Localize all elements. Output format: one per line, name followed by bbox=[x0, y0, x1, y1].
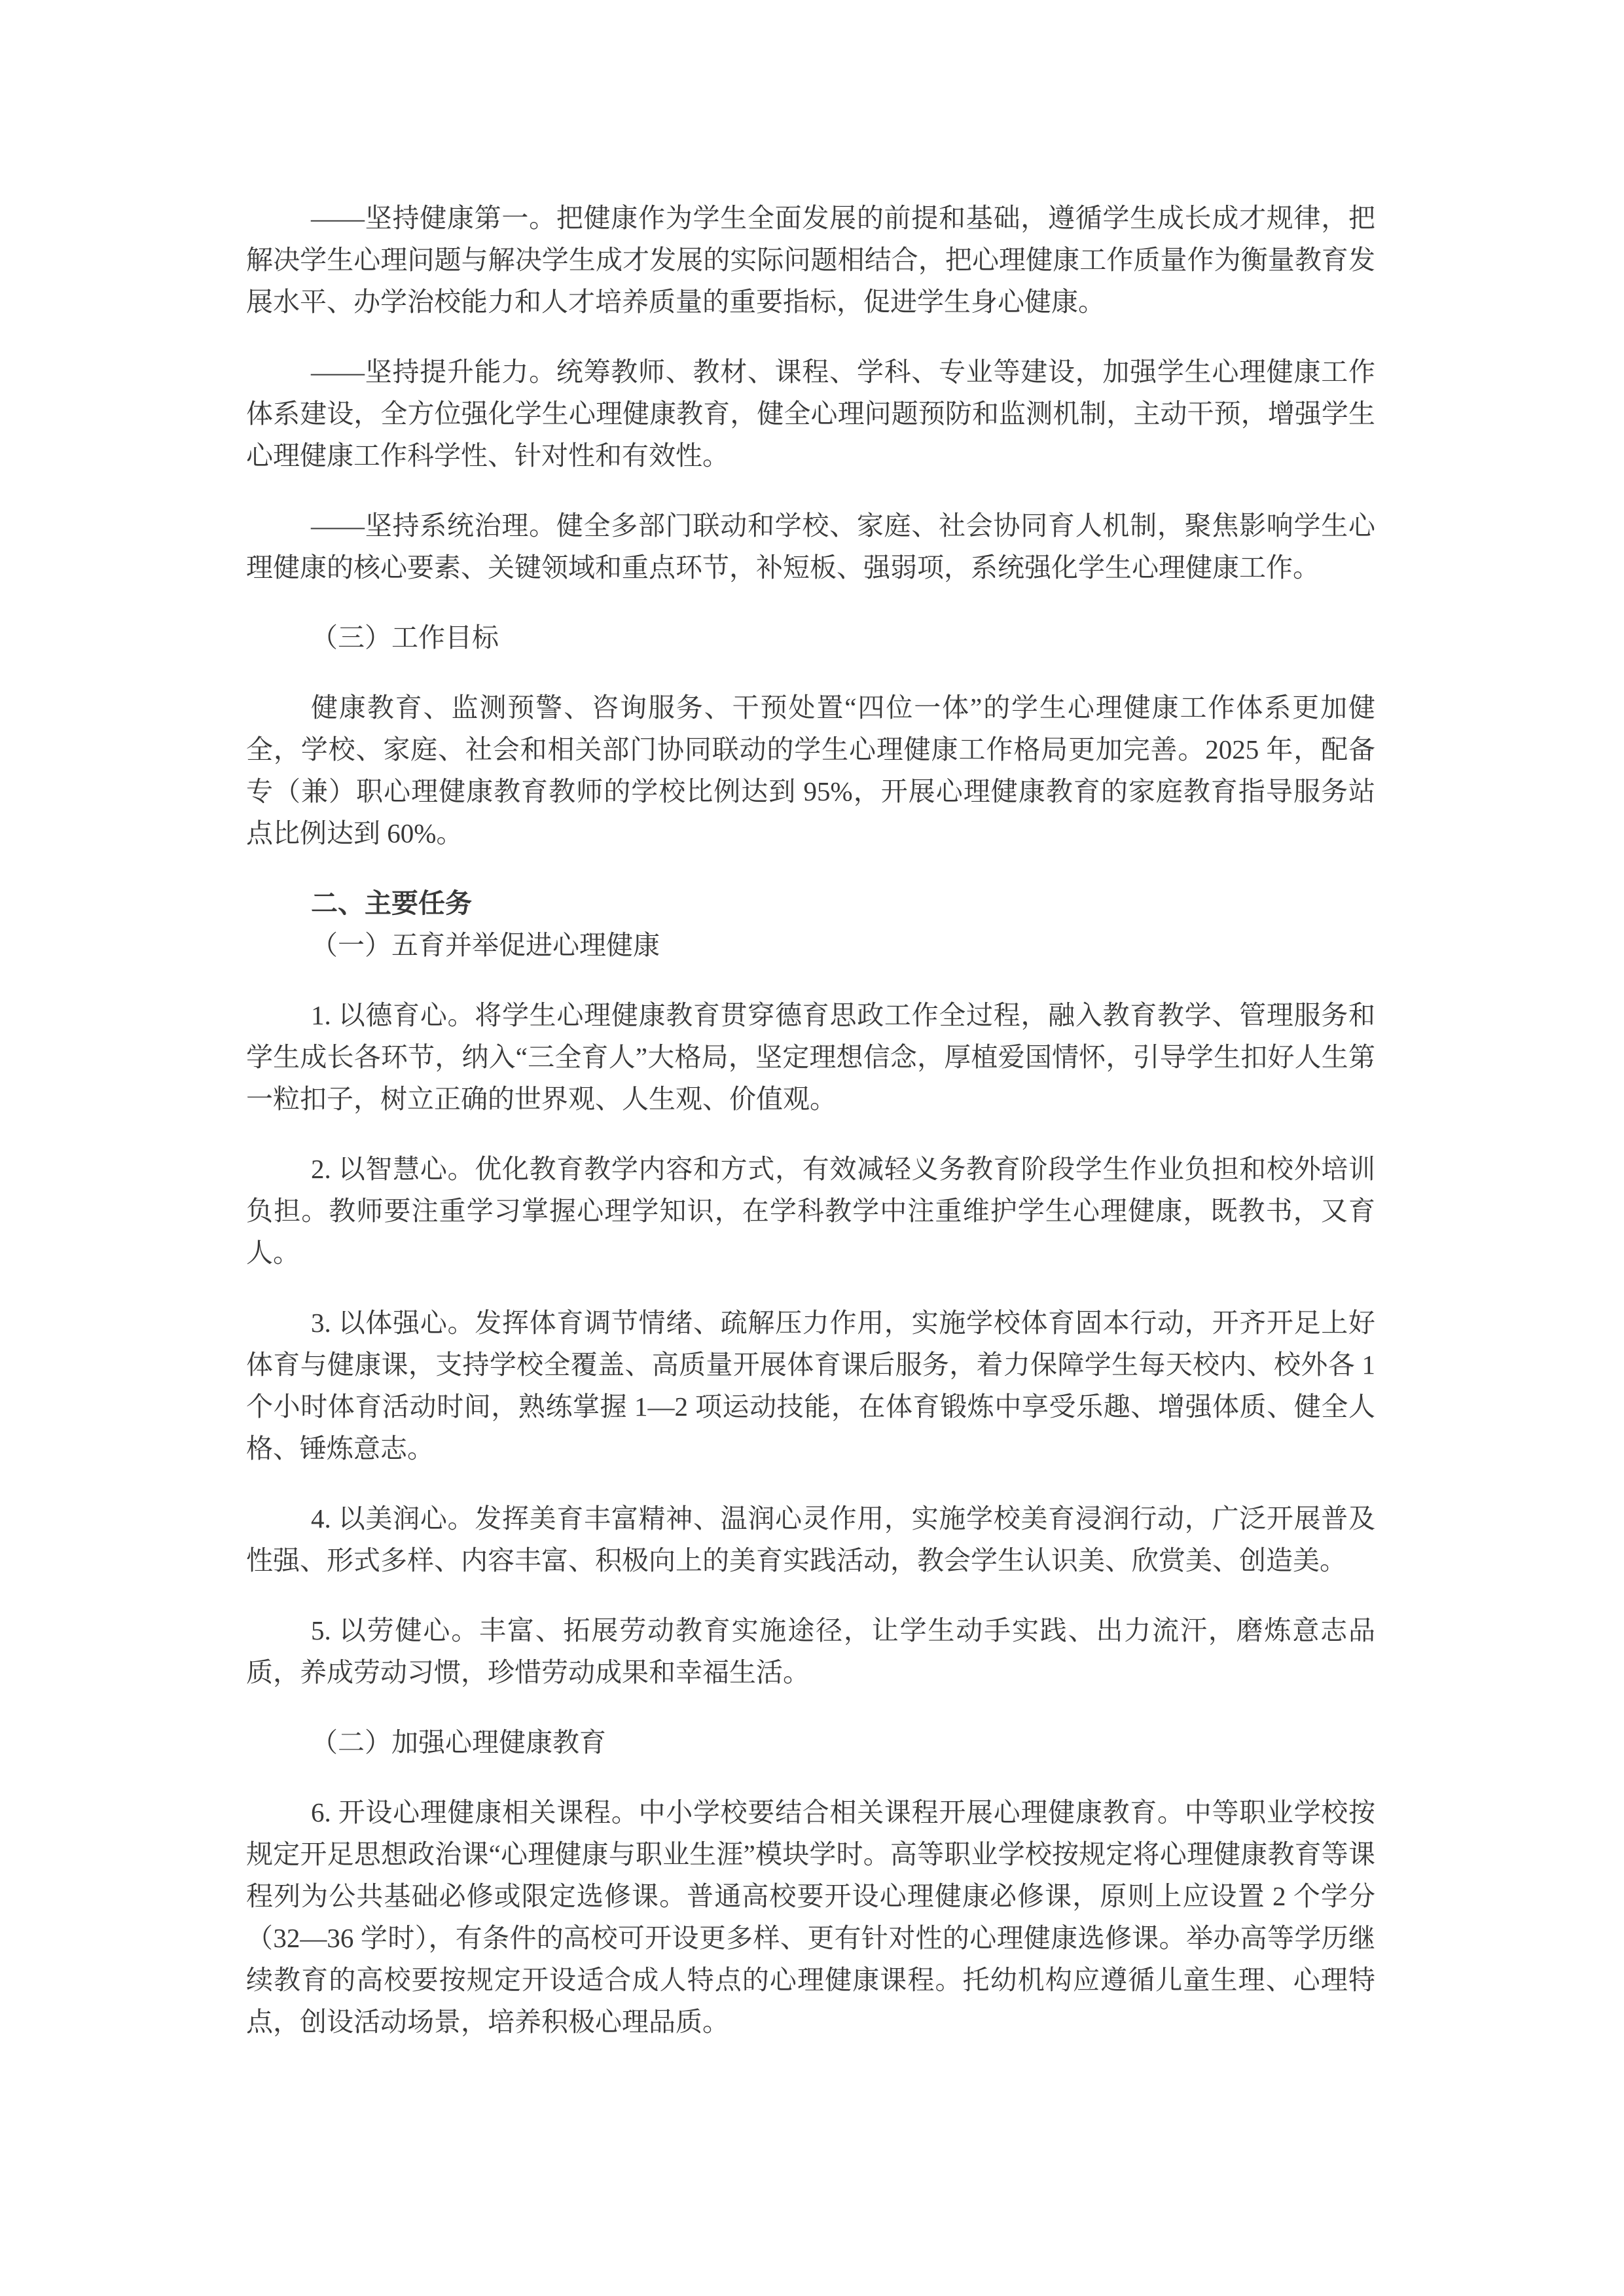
sub-heading: （一）五育并举促进心理健康 bbox=[246, 924, 1375, 966]
paragraph: 2. 以智慧心。优化教育教学内容和方式，有效减轻义务教育阶段学生作业负担和校外培… bbox=[246, 1148, 1375, 1274]
document-content: ——坚持健康第一。把健康作为学生全面发展的前提和基础，遵循学生成长成才规律，把解… bbox=[246, 197, 1375, 2071]
paragraph: ——坚持健康第一。把健康作为学生全面发展的前提和基础，遵循学生成长成才规律，把解… bbox=[246, 197, 1375, 323]
document-page: ——坚持健康第一。把健康作为学生全面发展的前提和基础，遵循学生成长成才规律，把解… bbox=[0, 0, 1624, 2296]
paragraph: 6. 开设心理健康相关课程。中小学校要结合相关课程开展心理健康教育。中等职业学校… bbox=[246, 1791, 1375, 2043]
paragraph: ——坚持提升能力。统筹教师、教材、课程、学科、专业等建设，加强学生心理健康工作体… bbox=[246, 351, 1375, 476]
sub-heading: （三）工作目标 bbox=[246, 617, 1375, 658]
paragraph: 健康教育、监测预警、咨询服务、干预处置“四位一体”的学生心理健康工作体系更加健全… bbox=[246, 687, 1375, 854]
sub-heading: （二）加强心理健康教育 bbox=[246, 1721, 1375, 1763]
paragraph: 3. 以体强心。发挥体育调节情绪、疏解压力作用，实施学校体育固本行动，开齐开足上… bbox=[246, 1302, 1375, 1469]
section-heading: 二、主要任务 bbox=[246, 882, 1375, 924]
paragraph: 1. 以德育心。将学生心理健康教育贯穿德育思政工作全过程，融入教育教学、管理服务… bbox=[246, 994, 1375, 1120]
paragraph: ——坚持系统治理。健全多部门联动和学校、家庭、社会协同育人机制，聚焦影响学生心理… bbox=[246, 505, 1375, 588]
paragraph: 5. 以劳健心。丰富、拓展劳动教育实施途径，让学生动手实践、出力流汗，磨炼意志品… bbox=[246, 1609, 1375, 1693]
paragraph: 4. 以美润心。发挥美育丰富精神、温润心灵作用，实施学校美育浸润行动，广泛开展普… bbox=[246, 1498, 1375, 1581]
